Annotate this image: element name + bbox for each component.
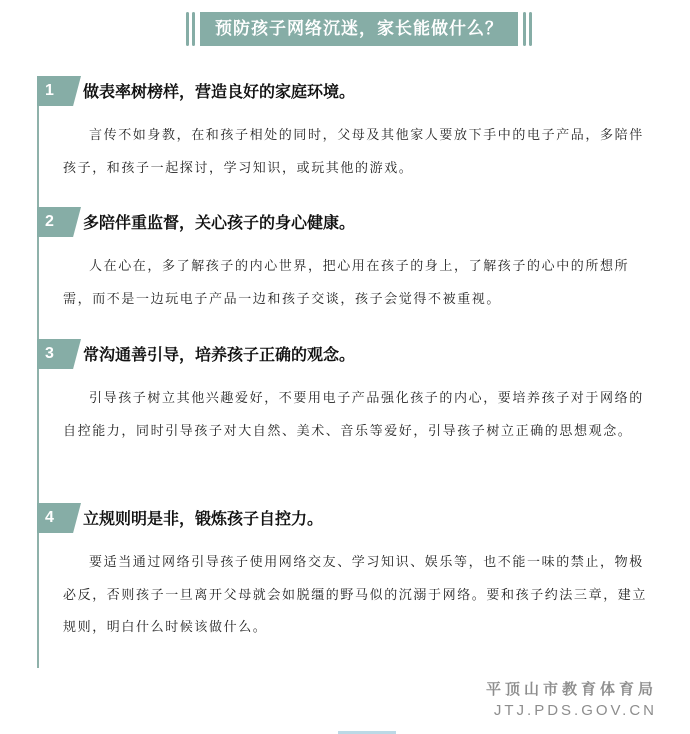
number-badge: 1 [37, 76, 81, 106]
section-body: 言传不如身教，在和孩子相处的同时，父母及其他家人要放下手中的电子产品，多陪伴孩子… [63, 120, 655, 185]
banner-decor-bar-left [186, 12, 189, 46]
number-badge: 3 [37, 339, 81, 369]
badge-number: 1 [45, 76, 54, 106]
footer-website: JTJ.PDS.GOV.CN [486, 702, 657, 719]
banner-decor-bar-right [529, 12, 532, 46]
section-heading: 多陪伴重监督，关心孩子的身心健康。 [83, 210, 355, 233]
section-heading: 立规则明是非，锻炼孩子自控力。 [83, 506, 323, 529]
page-title: 预防孩子网络沉迷，家长能做什么？ [200, 12, 518, 46]
timeline-line [37, 76, 39, 668]
section-body: 要适当通过网络引导孩子使用网络交友、学习知识、娱乐等，也不能一味的禁止，物极必反… [63, 547, 655, 645]
footer-organization: 平顶山市教育体育局 [486, 678, 657, 699]
number-badge: 2 [37, 207, 81, 237]
badge-number: 4 [45, 503, 54, 533]
badge-number: 3 [45, 339, 54, 369]
section-heading: 做表率树榜样，营造良好的家庭环境。 [83, 79, 355, 102]
footer-watermark: 平顶山市教育体育局 JTJ.PDS.GOV.CN [486, 678, 657, 719]
banner-decor-bar-left-inner [192, 12, 195, 46]
section-heading: 常沟通善引导，培养孩子正确的观念。 [83, 342, 355, 365]
section-body: 人在心在，多了解孩子的内心世界，把心用在孩子的身上，了解孩子的心中的所想所需，而… [63, 251, 655, 316]
banner-decor-bar-right-inner [523, 12, 526, 46]
title-banner: 预防孩子网络沉迷，家长能做什么？ [186, 12, 532, 46]
badge-number: 2 [45, 207, 54, 237]
section-body: 引导孩子树立其他兴趣爱好，不要用电子产品强化孩子的内心，要培养孩子对于网络的自控… [63, 383, 655, 448]
number-badge: 4 [37, 503, 81, 533]
